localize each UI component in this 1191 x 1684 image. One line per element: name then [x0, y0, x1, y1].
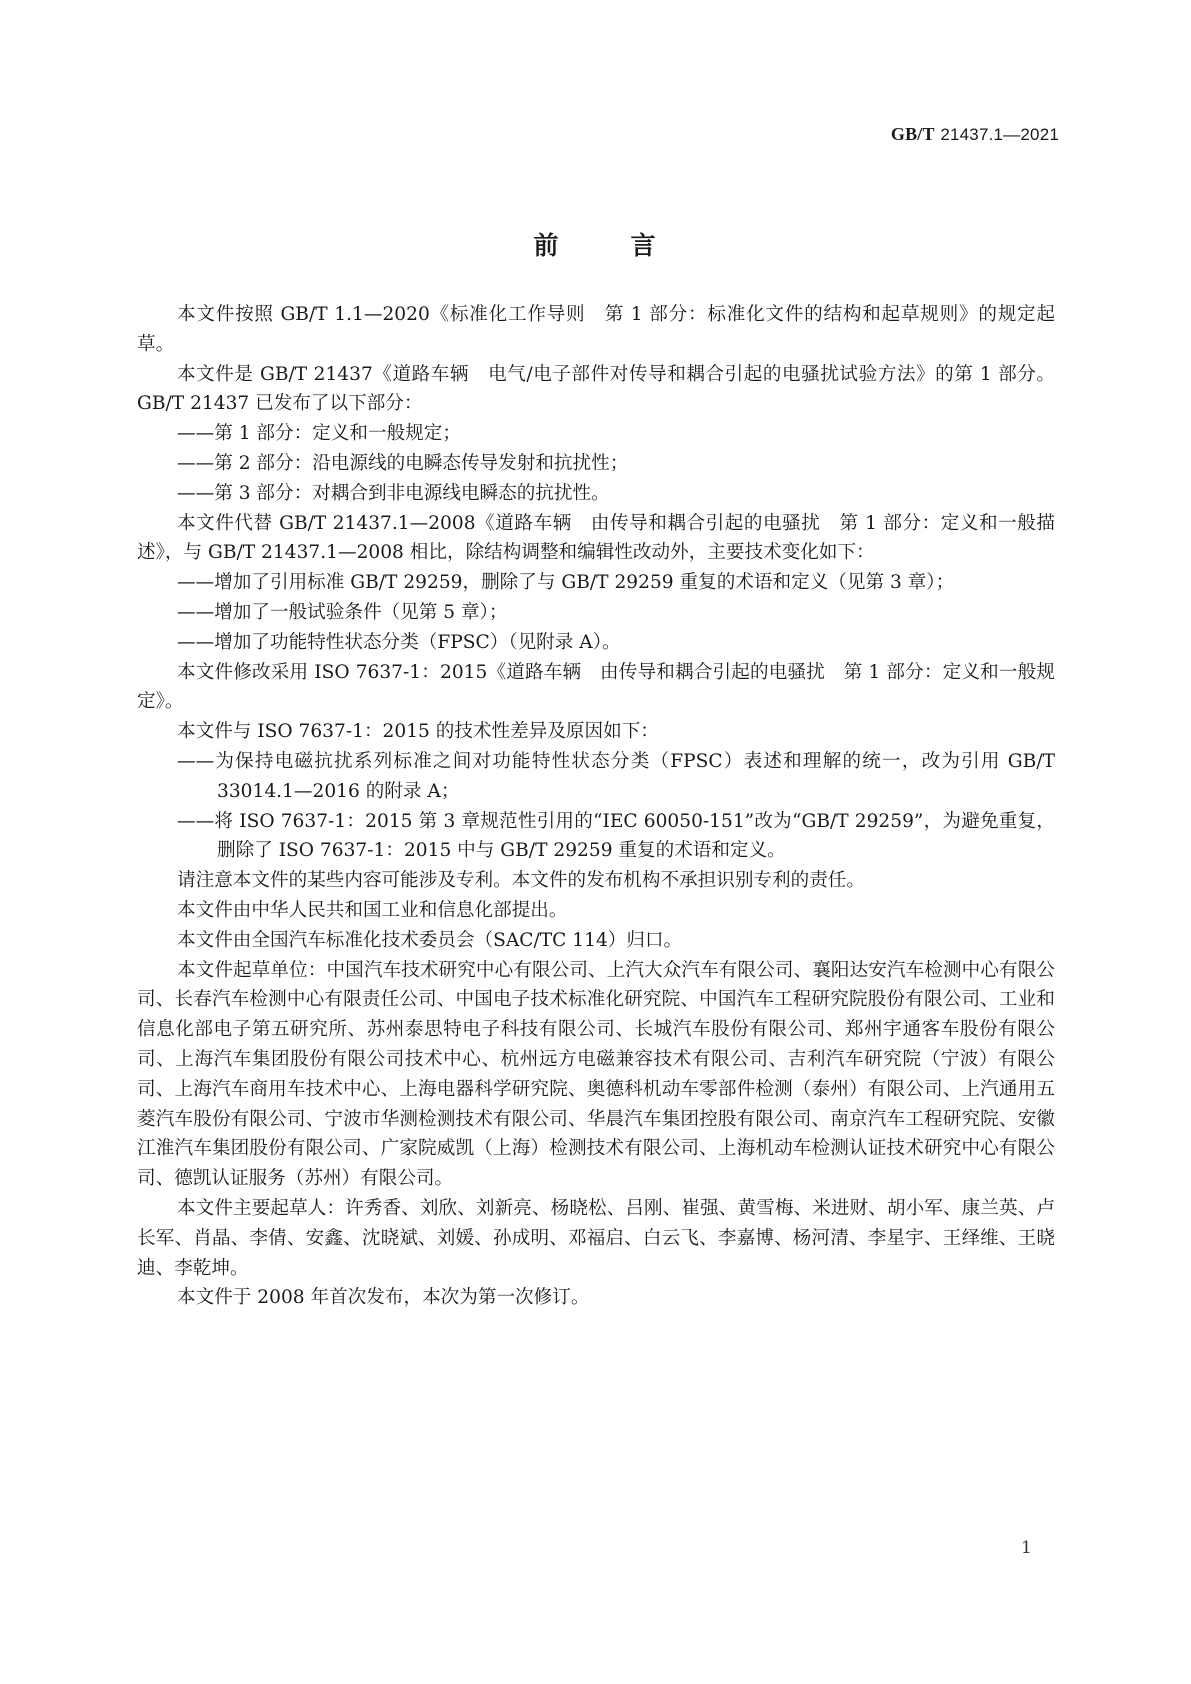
paragraph-technical-differences: 本文件与 ISO 7637-1：2015 的技术性差异及原因如下： [137, 717, 1055, 747]
paragraph-part-structure: 本文件是 GB/T 21437《道路车辆 电气/电子部件对传导和耦合引起的电骚扰… [137, 360, 1055, 420]
list-item-part-3: ——第 3 部分：对耦合到非电源线电瞬态的抗扰性。 [137, 479, 1055, 509]
list-item-part-1: ——第 1 部分：定义和一般规定； [137, 419, 1055, 449]
title-char-1: 前 [533, 231, 560, 260]
list-item-part-2: ——第 2 部分：沿电源线的电瞬态传导发射和抗扰性； [137, 449, 1055, 479]
title-char-2: 言 [631, 231, 658, 260]
page-title: 前言 [0, 226, 1191, 262]
standard-number: 21437.1—2021 [940, 125, 1059, 144]
page-number: 1 [1021, 1538, 1032, 1558]
paragraph-drafting-units: 本文件起草单位：中国汽车技术研究中心有限公司、上汽大众汽车有限公司、襄阳达安汽车… [137, 956, 1055, 1194]
paragraph-main-drafters: 本文件主要起草人：许秀香、刘欣、刘新亮、杨晓松、吕刚、崔强、黄雪梅、米进财、胡小… [137, 1194, 1055, 1283]
document-header: GB/T 21437.1—2021 [891, 124, 1059, 145]
list-item-change-1: ——增加了引用标准 GB/T 29259，删除了与 GB/T 29259 重复的… [137, 568, 1055, 598]
standard-prefix: GB/T [891, 124, 935, 144]
paragraph-drafting-rules: 本文件按照 GB/T 1.1—2020《标准化工作导则 第 1 部分：标准化文件… [137, 300, 1055, 360]
list-item-difference-2: ——将 ISO 7637-1：2015 第 3 章规范性引用的“IEC 6005… [137, 807, 1055, 867]
paragraph-publication-history: 本文件于 2008 年首次发布，本次为第一次修订。 [137, 1283, 1055, 1313]
paragraph-under-jurisdiction: 本文件由全国汽车标准化技术委员会（SAC/TC 114）归口。 [137, 926, 1055, 956]
list-item-change-3: ——增加了功能特性状态分类（FPSC）（见附录 A）。 [137, 628, 1055, 658]
paragraph-replaces: 本文件代替 GB/T 21437.1—2008《道路车辆 由传导和耦合引起的电骚… [137, 509, 1055, 569]
foreword-body: 本文件按照 GB/T 1.1—2020《标准化工作导则 第 1 部分：标准化文件… [137, 300, 1055, 1313]
paragraph-modified-adoption: 本文件修改采用 ISO 7637-1：2015《道路车辆 由传导和耦合引起的电骚… [137, 658, 1055, 718]
paragraph-proposed-by: 本文件由中华人民共和国工业和信息化部提出。 [137, 896, 1055, 926]
paragraph-patent-notice: 请注意本文件的某些内容可能涉及专利。本文件的发布机构不承担识别专利的责任。 [137, 866, 1055, 896]
list-item-difference-1: ——为保持电磁抗扰系列标准之间对功能特性状态分类（FPSC）表述和理解的统一，改… [137, 747, 1055, 807]
list-item-change-2: ——增加了一般试验条件（见第 5 章）； [137, 598, 1055, 628]
